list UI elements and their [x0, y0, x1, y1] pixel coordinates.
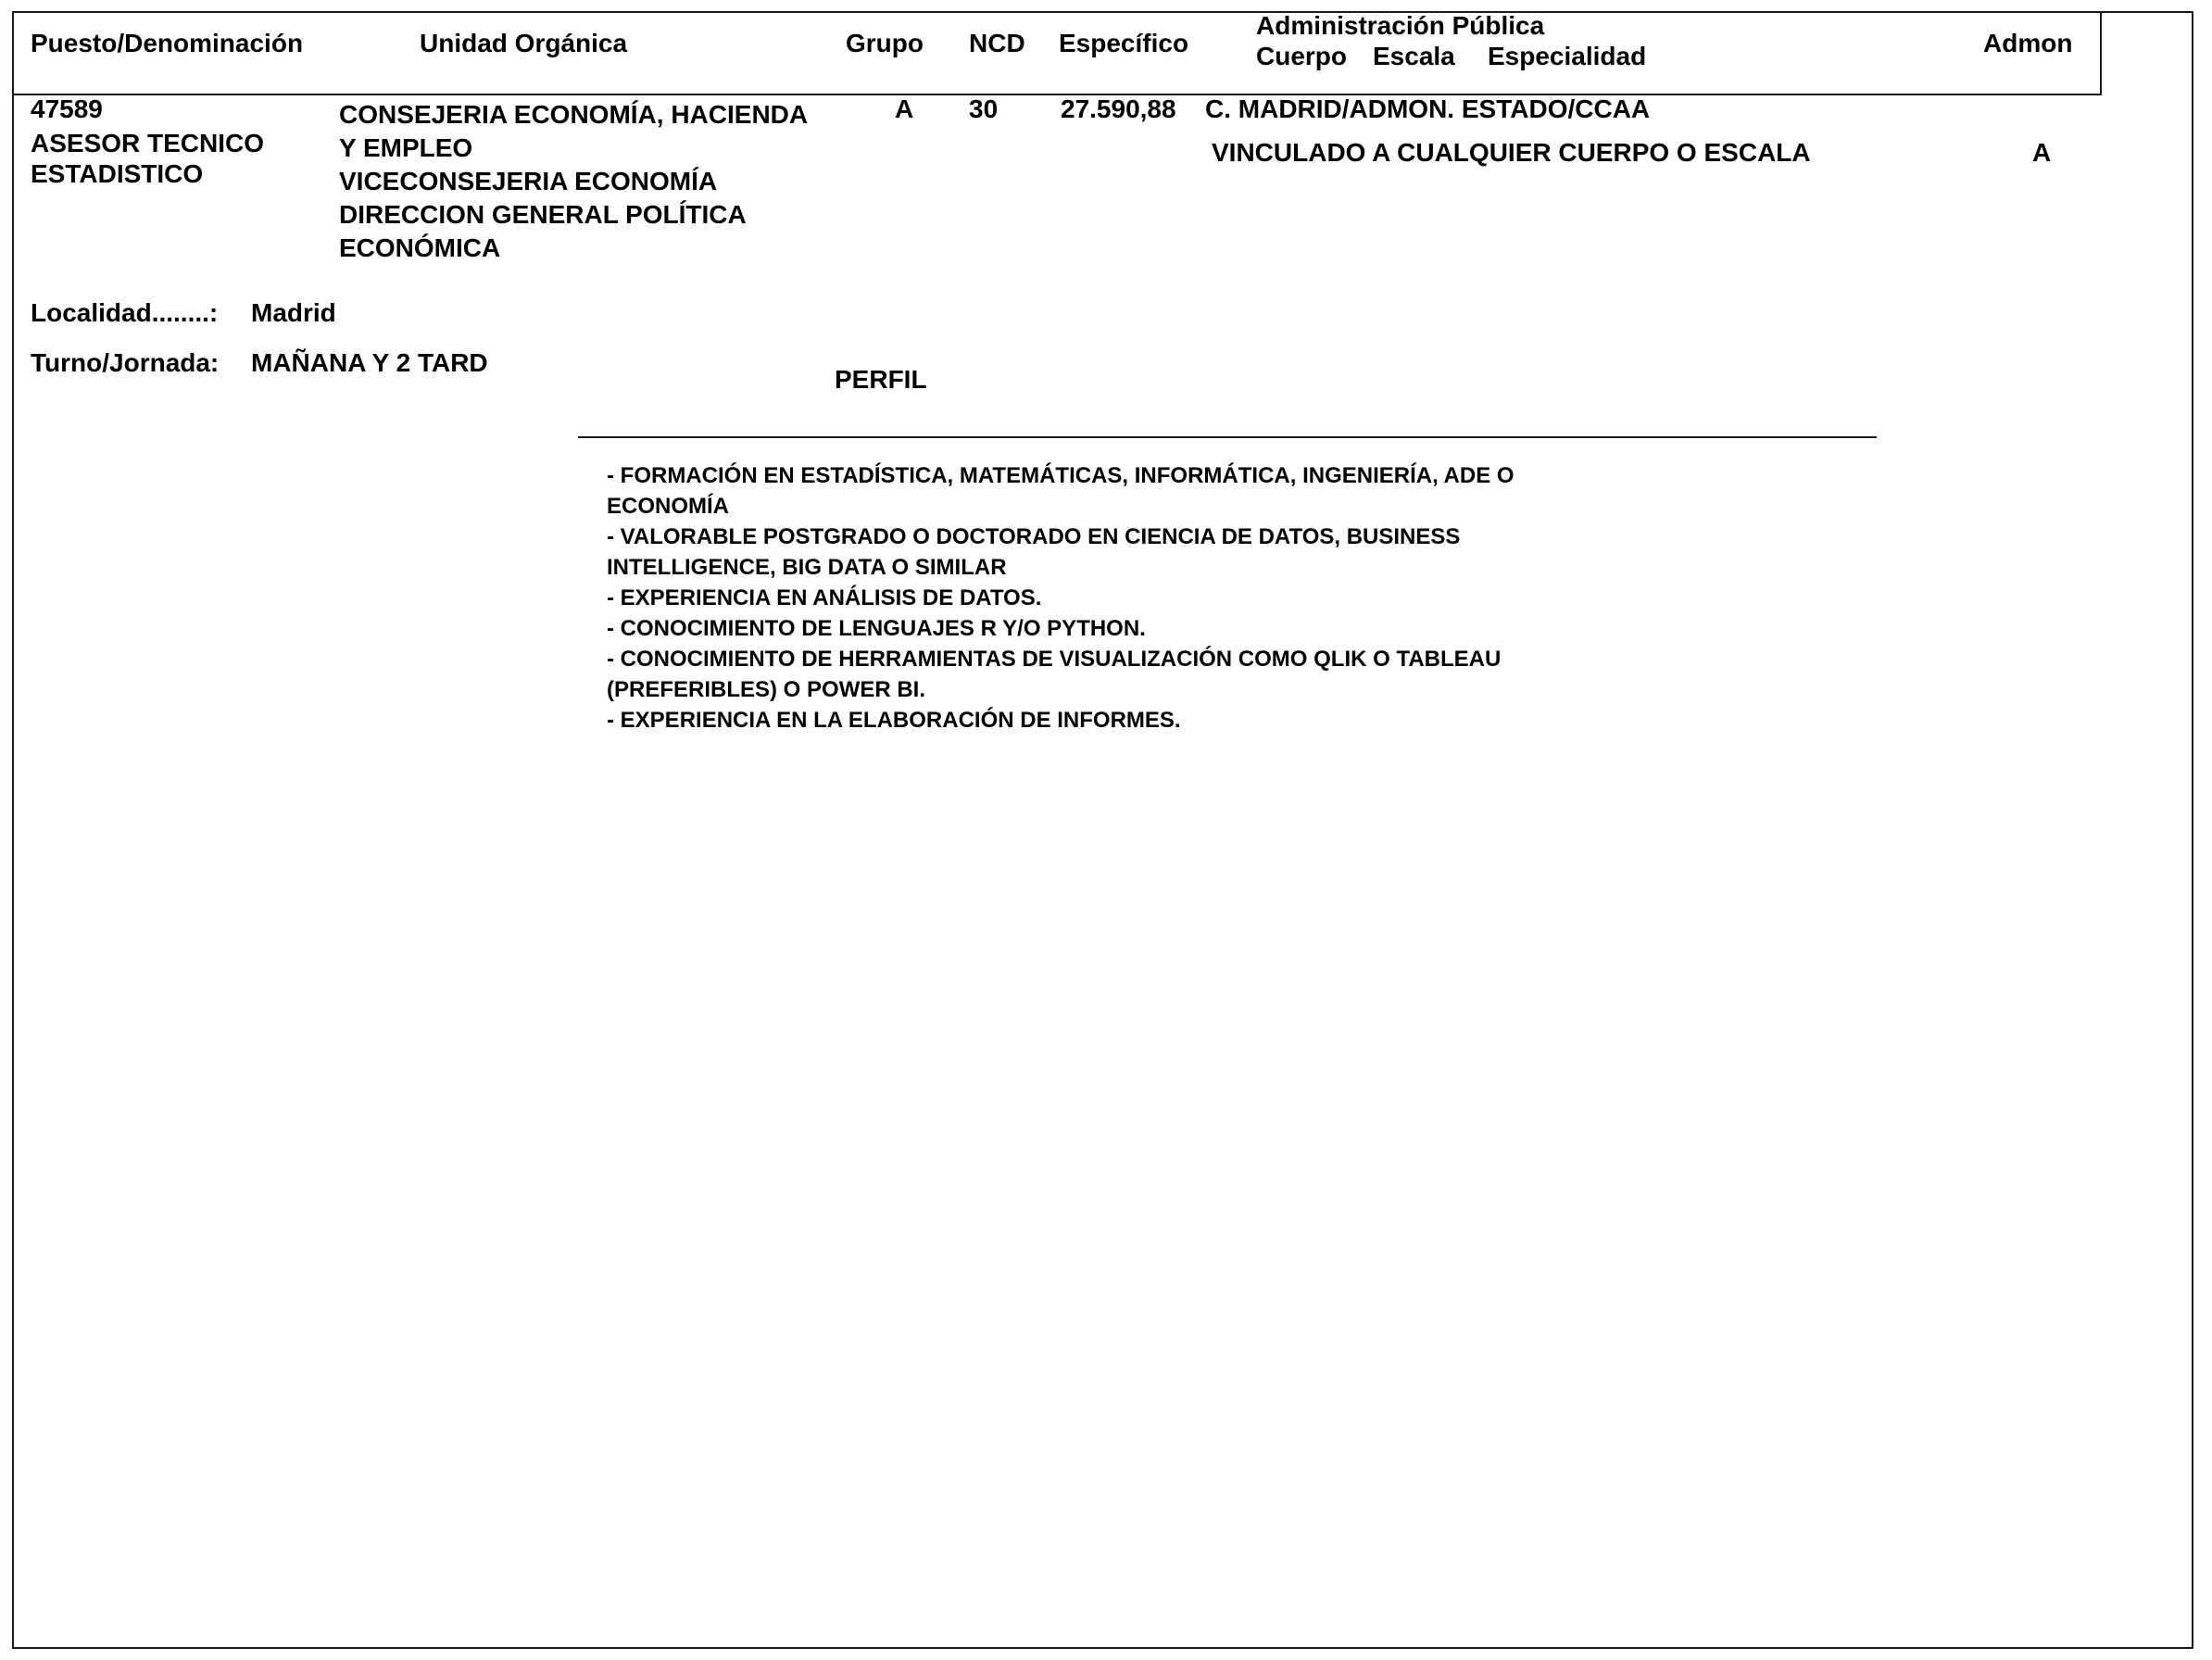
row-especifico: 27.590,88	[1061, 93, 1176, 126]
perfil-separator	[578, 436, 1877, 438]
perfil-line: ECONOMÍA	[607, 491, 1514, 522]
header-bottom-border	[12, 94, 2102, 95]
row-unidad-4: DIRECCION GENERAL POLÍTICA	[339, 198, 747, 232]
localidad-value: Madrid	[251, 296, 336, 330]
header-grupo: Grupo	[846, 31, 924, 57]
turno-value: MAÑANA Y 2 TARD	[251, 346, 488, 380]
localidad-label: Localidad........:	[31, 296, 218, 330]
header-right-border	[2100, 11, 2102, 95]
row-grupo: A	[895, 93, 913, 126]
perfil-text: - FORMACIÓN EN ESTADÍSTICA, MATEMÁTICAS,…	[607, 460, 1514, 736]
row-unidad-2: Y EMPLEO	[339, 132, 472, 165]
perfil-title: PERFIL	[835, 363, 927, 396]
perfil-line: - EXPERIENCIA EN ANÁLISIS DE DATOS.	[607, 583, 1514, 613]
header-puesto: Puesto/Denominación	[31, 31, 303, 57]
row-administracion: C. MADRID/ADMON. ESTADO/CCAA	[1205, 93, 1650, 126]
perfil-line: - CONOCIMIENTO DE HERRAMIENTAS DE VISUAL…	[607, 644, 1514, 674]
perfil-line: - CONOCIMIENTO DE LENGUAJES R Y/O PYTHON…	[607, 613, 1514, 644]
row-unidad-3: VICECONSEJERIA ECONOMÍA	[339, 165, 717, 198]
row-unidad-1: CONSEJERIA ECONOMÍA, HACIENDA	[339, 98, 808, 132]
row-cuerpo-escala: VINCULADO A CUALQUIER CUERPO O ESCALA	[1212, 136, 1811, 170]
row-unidad-5: ECONÓMICA	[339, 232, 500, 265]
perfil-line: - VALORABLE POSTGRADO O DOCTORADO EN CIE…	[607, 522, 1514, 552]
row-denominacion-1: ASESOR TECNICO	[31, 127, 264, 160]
row-denominacion-2: ESTADISTICO	[31, 157, 203, 191]
header-escala: Escala	[1373, 44, 1455, 69]
frame-right-border	[2192, 11, 2193, 1649]
perfil-line: INTELLIGENCE, BIG DATA O SIMILAR	[607, 552, 1514, 583]
row-codigo: 47589	[31, 93, 103, 126]
row-ncd: 30	[969, 93, 998, 126]
header-ncd: NCD	[969, 31, 1025, 57]
header-cuerpo: Cuerpo	[1256, 44, 1347, 69]
row-admon: A	[2032, 136, 2051, 170]
header-especifico: Específico	[1059, 31, 1188, 57]
header-admon: Admon	[1983, 31, 2072, 57]
header-especialidad: Especialidad	[1488, 44, 1646, 69]
perfil-line: - EXPERIENCIA EN LA ELABORACIÓN DE INFOR…	[607, 705, 1514, 736]
perfil-line: - FORMACIÓN EN ESTADÍSTICA, MATEMÁTICAS,…	[607, 460, 1514, 491]
frame-top-border	[12, 11, 2193, 13]
perfil-line: (PREFERIBLES) O POWER BI.	[607, 674, 1514, 705]
header-admin-publica: Administración Pública	[1256, 13, 1544, 39]
header-unidad: Unidad Orgánica	[420, 31, 627, 57]
frame-bottom-border	[12, 1647, 2193, 1649]
turno-label: Turno/Jornada:	[31, 346, 219, 380]
frame-left-border	[12, 11, 14, 1649]
